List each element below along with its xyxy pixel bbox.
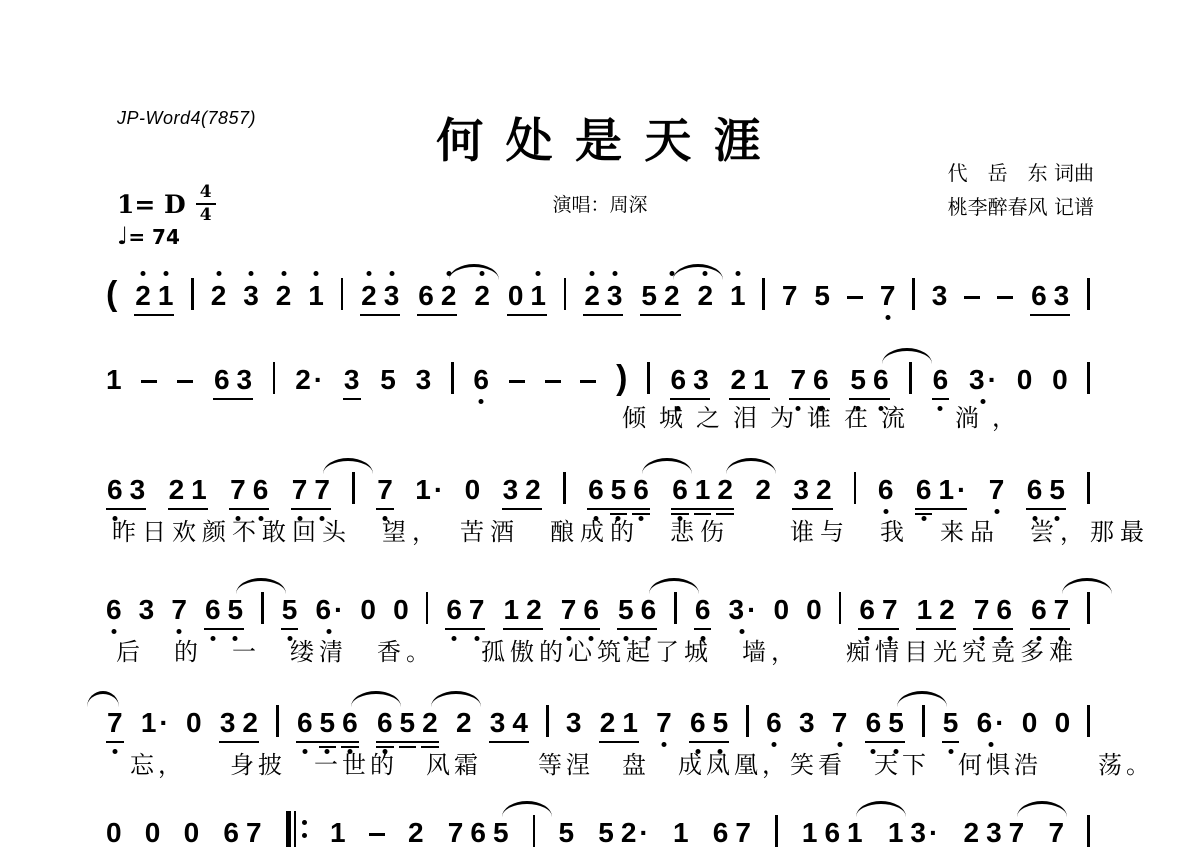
note: 2 [584,282,600,310]
note-number: 3 [139,596,155,624]
note-number: 1 [802,819,818,847]
note-number: 6 [873,366,889,394]
note: 0 [773,596,789,624]
duration-dash [177,380,193,384]
beamed-note-group: 01 [507,282,547,310]
note-number: 6 [588,476,604,504]
tie-arc [1062,578,1112,594]
note-number: 1 [622,709,638,737]
note-number: 3 [910,819,926,847]
note-number: 7 [974,596,990,624]
note-number: 7 [230,476,246,504]
note-number: 1 [191,476,207,504]
note: 3 [799,709,815,737]
note-number: 2 [441,282,457,310]
octave-dot-above [141,271,146,276]
note-number: 2 [526,596,542,624]
beamed-note-group: 62 [417,282,457,310]
note: 2 [664,282,680,310]
octave-dot-above [735,271,740,276]
tie-arc [649,578,699,594]
note-number: 6 [641,596,657,624]
note-number: 3 [243,282,259,310]
note-number: 6 [690,709,706,737]
note-number: 2 [664,282,680,310]
note: 0 [465,476,481,504]
note-number: 3 [1054,282,1070,310]
note-number: 2 [525,476,541,504]
duration-dash [964,296,980,300]
measure-barline [922,705,925,737]
note: 3· [969,366,997,394]
note-number: 6 [418,282,434,310]
note-number: 5 [641,282,657,310]
measure-barline [352,472,355,504]
note: 5 [493,819,509,847]
note-number: 6 [205,596,221,624]
note-number: 2 [755,476,771,504]
measure-barline [775,815,778,847]
note-number: 2 [584,282,600,310]
note: 2 [525,476,541,504]
time-numerator: 4 [196,184,216,203]
beamed-note-group: 67 [712,819,752,847]
beamed-note-group: 32 [792,476,832,504]
note: 7 [1009,819,1025,847]
note-number: 2 [211,282,227,310]
augmentation-dot: · [747,596,756,624]
note-number: 0 [186,709,202,737]
octave-dot-above [163,271,168,276]
note: 0 [1017,366,1033,394]
note: 0 [145,819,161,847]
time-signature: 4 4 [196,184,216,224]
note: 7 [377,476,393,504]
note: 0 [508,282,524,310]
note: 2 [717,476,733,504]
measure-barline [909,362,912,394]
tie-arc [351,691,401,707]
note: 7 [989,476,1005,504]
beamed-note-group: 3 [343,366,361,394]
note-number: 7 [469,596,485,624]
note-number: 2 [295,366,311,394]
note-number: 7 [735,819,751,847]
tie-arc [856,801,906,817]
note: 6 [878,476,894,504]
note-number: 5 [400,709,416,737]
measure-barline [839,592,842,624]
score-line: 71·0326566522343217656376556·00 [106,697,1090,737]
note-number: 7 [882,596,898,624]
measure-barline [912,278,915,310]
note-number: 7 [171,596,187,624]
measure-barline [746,705,749,737]
augmentation-dot: · [314,366,323,394]
note-number: 0 [1055,709,1071,737]
octave-dot-above [536,271,541,276]
note-number: 6 [713,819,729,847]
note: 2 [441,282,457,310]
note-number: 2 [456,709,472,737]
note: 2 [474,282,490,310]
note: 5 [888,709,904,737]
octave-dot-above [480,271,485,276]
note: 3 [139,596,155,624]
measure-barline [647,362,650,394]
note: 1 [191,476,207,504]
note: 5 [282,596,298,624]
measure-barline [563,472,566,504]
beamed-note-group: 6 [694,596,712,624]
note-number: 3 [728,596,744,624]
note-number: 2 [135,282,151,310]
note-number: 3 [416,366,432,394]
note-number: 3 [384,282,400,310]
note-number: 1 [308,282,324,310]
note: 5 [1049,476,1065,504]
note-number: 2 [621,819,637,847]
note-number: 5 [943,709,959,737]
octave-dot-above [249,271,254,276]
note: 2 [211,282,227,310]
note-number: 6 [766,709,782,737]
note: 5 [558,819,574,847]
tie-arc-continuation [87,691,119,707]
measure-barline [451,362,454,394]
duration-dash [580,380,596,384]
note-number: 0 [184,819,200,847]
note-number: 0 [508,282,524,310]
note-number: 6 [671,366,687,394]
note: 6 [859,596,875,624]
note-number: 7 [314,476,330,504]
note: 7 [246,819,262,847]
note-number: 6 [1027,476,1043,504]
note-number: 6 [1031,282,1047,310]
note: 5 [320,709,336,737]
note-number: 5 [1049,476,1065,504]
note: 6 [342,709,358,737]
note: 1 [802,819,818,847]
note-number: 6 [672,476,688,504]
note-number: 5 [598,819,614,847]
augmentation-dot: · [334,596,343,624]
note-number: 6 [297,709,313,737]
note: 2 [361,282,377,310]
note-number: 2 [964,819,980,847]
augmentation-dot: · [988,366,997,394]
octave-dot-below [112,749,117,754]
note: 2· [295,366,323,394]
note-number: 6 [446,596,462,624]
augmentation-dot: · [957,476,966,504]
beamed-note-group: 65 [689,709,729,737]
note: 2 [242,709,258,737]
lyric-line: 倾城之泪为谁在流 淌， [622,398,1029,433]
note-number: 0 [1017,366,1033,394]
note: 3 [490,709,506,737]
note-number: 0 [106,819,122,847]
note-number: 5 [558,819,574,847]
note-number: 2 [939,596,955,624]
note: 6· [977,709,1005,737]
octave-dot-above [216,271,221,276]
beamed-note-group: 34 [489,709,529,737]
beamed-note-group: 5 [942,709,960,737]
score-line: 6321767771·032656612232661·765 [106,464,1090,504]
measure-barline [276,705,279,737]
time-denominator: 4 [196,203,216,224]
note: 2 [755,476,771,504]
note: 7 [171,596,187,624]
note-number: 2 [697,282,713,310]
measure-barline [341,278,344,310]
note-number: 7 [782,282,798,310]
note: 1· [415,476,443,504]
note-number: 6 [813,366,829,394]
note-number: 0 [393,596,409,624]
octave-dot-above [314,271,319,276]
note-number: 3 [220,709,236,737]
note: 7 [832,709,848,737]
note: 6 [1031,596,1047,624]
note: 6 [713,819,729,847]
note-number: 6 [633,476,649,504]
note-number: 7 [1009,819,1025,847]
tie-arc [1017,801,1067,817]
note-number: 0 [360,596,376,624]
note-number: 7 [448,819,464,847]
note-number: 5 [282,596,298,624]
measure-barline [426,592,429,624]
beamed-note-group: 23 [583,282,623,310]
beamed-note-group: 12 [916,596,956,624]
note: 7 [230,476,246,504]
beamed-note-group: 765 [447,819,510,847]
note: 1 [622,709,638,737]
note-number: 7 [880,282,896,310]
note-number: 3 [130,476,146,504]
note: 6 [214,366,230,394]
note-number: 1 [530,282,546,310]
beamed-note-group: 12 [503,596,543,624]
note: 0 [186,709,202,737]
note-number: 2 [276,282,292,310]
note: 7 [782,282,798,310]
note: 3 [384,282,400,310]
note: 7 [656,709,672,737]
note-number: 1 [141,709,157,737]
note-number: 1 [917,596,933,624]
measure-barline [1087,472,1090,504]
note-number: 5 [320,709,336,737]
quarter-note-icon: ♩ [117,222,128,250]
note: 6 [873,366,889,394]
note: 1 [673,819,689,847]
note-number: 2 [730,366,746,394]
note: 2 [135,282,151,310]
note-number: 5 [228,596,244,624]
measure-barline [273,362,276,394]
beamed-note-group: 65 [204,596,244,624]
note-number: 6 [223,819,239,847]
beamed-note-group: 652 [376,709,439,737]
note: 6 [766,709,782,737]
note-number: 6 [878,476,894,504]
beamed-note-group: 56 [849,366,889,394]
note: 5 [380,366,396,394]
lyric-line: 忘， 身披 一世的 风霜 等涅 盘 成凤凰，笑看 天下 何惧浩 荡。 [130,745,1154,780]
note: 0 [1055,709,1071,737]
beamed-note-group: 63 [1030,282,1070,310]
note-number: 5 [618,596,634,624]
beamed-note-group: 67 [222,819,262,847]
note: 3 [932,282,948,310]
note: 2 [697,282,713,310]
note: 1 [917,596,933,624]
beamed-note-group: 52· [597,819,649,847]
beamed-note-group: 21 [134,282,174,310]
note: 5 [618,596,634,624]
beamed-note-group: 63 [213,366,253,394]
note: 2 [276,282,292,310]
note-number: 3 [237,366,253,394]
note: 2 [600,709,616,737]
note: 7 [1054,596,1070,624]
close-paren: ) [616,362,627,394]
note-number: 0 [145,819,161,847]
note-number: 3 [503,476,519,504]
beamed-note-group: 21 [599,709,639,737]
note-number: 6 [106,596,122,624]
tempo-value: = 74 [128,225,180,249]
note-number: 5 [850,366,866,394]
note: 3 [237,366,253,394]
beamed-note-group: 21 [168,476,208,504]
note-number: 2 [242,709,258,737]
note-number: 6 [916,476,932,504]
note-number: 1 [730,282,746,310]
note: 7 [880,282,896,310]
note-number: 1 [847,819,863,847]
note-number: 2 [408,819,424,847]
beamed-note-group: 32 [502,476,542,504]
note-number: 2 [361,282,377,310]
note-number: 7 [832,709,848,737]
measure-barline [854,472,857,504]
note: 7 [292,476,308,504]
note: 3 [566,709,582,737]
measure-barline [674,592,677,624]
measure-barline [1087,592,1090,624]
note: 7 [448,819,464,847]
beamed-note-group: 13· [887,819,939,847]
note: 5 [713,709,729,737]
note-number: 2 [474,282,490,310]
note: 2 [730,366,746,394]
note-number: 6 [377,709,393,737]
note-number: 6 [933,366,949,394]
note: 2 [422,709,438,737]
measure-barline [762,278,765,310]
duration-dash [997,296,1013,300]
sheet-page: JP-Word4(7857) 何 处 是 天 涯 演唱：周深 代 岳 东 词曲 … [0,0,1200,850]
note-number: 0 [773,596,789,624]
beamed-note-group: 76 [973,596,1013,624]
note-number: 6 [866,709,882,737]
note: 2 [939,596,955,624]
note-number: 5 [380,366,396,394]
note: 3 [1054,282,1070,310]
credits-block: 代 岳 东 词曲 桃李醉春风 记谱 [948,156,1094,224]
repeat-start-sign [286,811,307,847]
measure-barline [1087,362,1090,394]
note: 1 [106,366,122,394]
duration-dash [545,380,561,384]
beamed-note-group: 63 [106,476,146,504]
note-number: 3 [607,282,623,310]
note-number: 7 [107,709,123,737]
lyricist-composer-credit: 代 岳 东 词曲 [948,156,1094,190]
note: 3 [416,366,432,394]
note-number: 7 [246,819,262,847]
beamed-note-group: 52 [640,282,680,310]
note-number: 6 [1031,596,1047,624]
augmentation-dot: · [995,709,1004,737]
note-number: 3 [986,819,1002,847]
note-number: 6 [996,596,1012,624]
beamed-note-group: 6 [932,366,950,394]
note-number: 7 [561,596,577,624]
note: 6 [813,366,829,394]
note: 2 [408,819,424,847]
note: 6 [297,709,313,737]
beamed-note-group: 32 [219,709,259,737]
note: 5 [228,596,244,624]
note: 1 [330,819,346,847]
octave-dot-below [885,315,890,320]
note: 2 [964,819,980,847]
note-number: 1 [938,476,954,504]
note-number: 7 [377,476,393,504]
beamed-note-group: 65 [865,709,905,737]
octave-dot-above [590,271,595,276]
duration-dash [509,380,525,384]
beamed-note-group: 67 [858,596,898,624]
beamed-note-group: 161 [801,819,864,847]
tie-arc [323,458,373,474]
note: 7 [561,596,577,624]
measure-barline [1087,278,1090,310]
note-number: 2 [816,476,832,504]
note: 6 [106,596,122,624]
beamed-note-group: 77 [291,476,331,504]
beamed-note-group: 237 [963,819,1026,847]
note: 5 [943,709,959,737]
beamed-note-group: 21 [729,366,769,394]
note: 6 [446,596,462,624]
note: 6 [690,709,706,737]
score-line: 6376556·006712765663·0067127667 [106,584,1090,624]
note: 6 [633,476,649,504]
beamed-note-group: 656 [296,709,359,737]
measure-barline [261,592,264,624]
note: 1 [730,282,746,310]
beamed-note-group: 76 [789,366,829,394]
note: 3· [728,596,756,624]
note-number: 2 [169,476,185,504]
